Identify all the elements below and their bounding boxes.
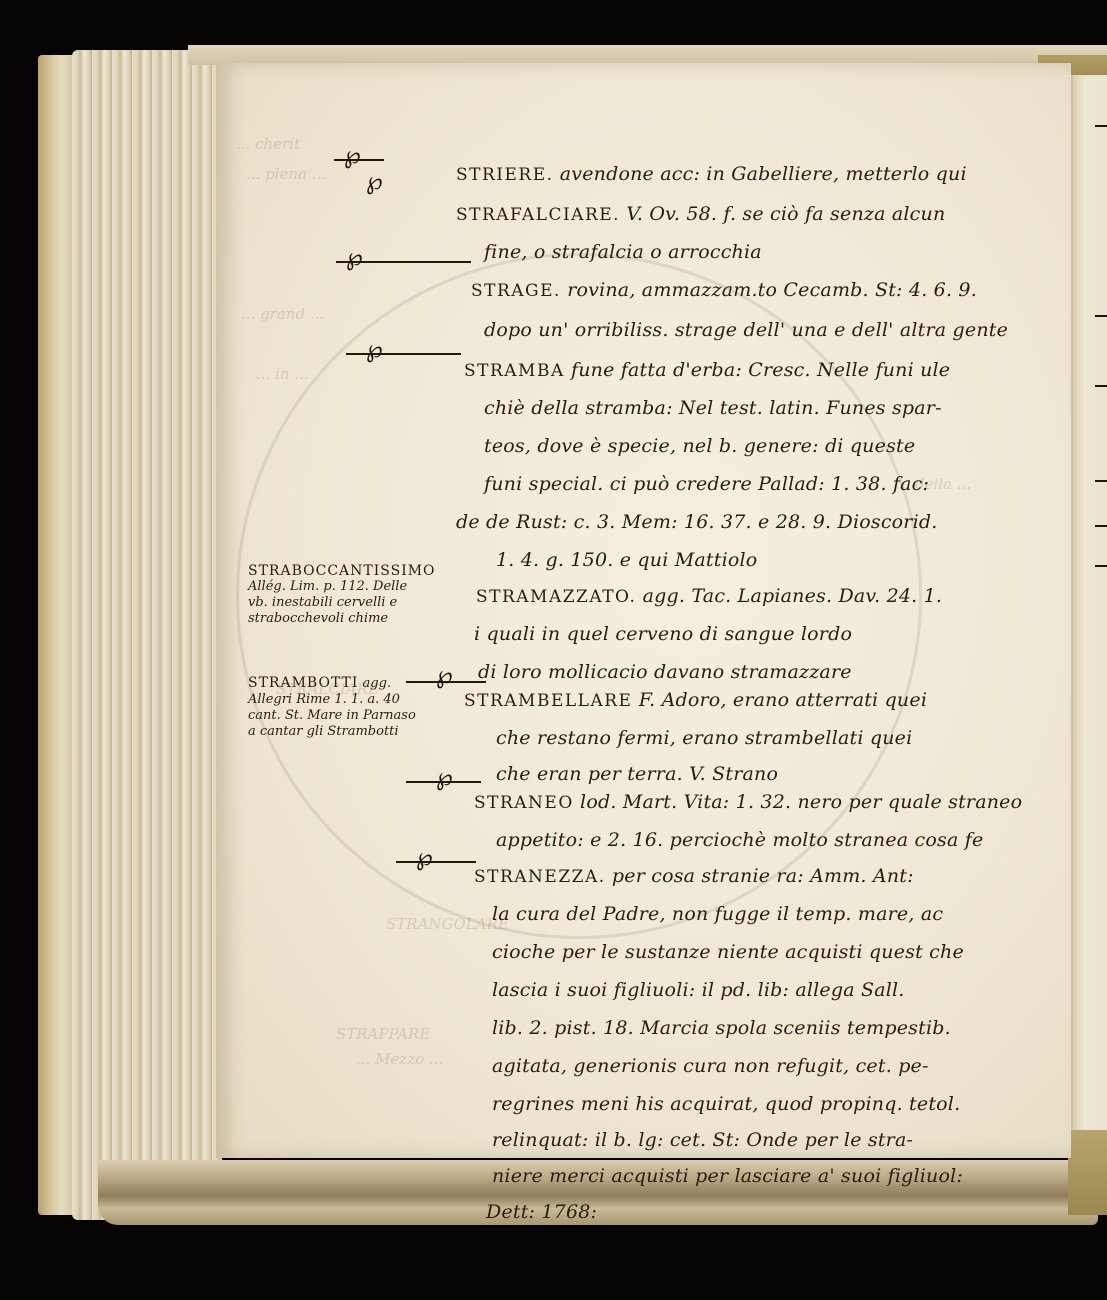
- entry-line: agitata, generionis cura non refugit, ce…: [492, 1055, 929, 1077]
- entry-line: STRAFALCIARE. V. Ov. 58. f. se ciò fa se…: [456, 203, 945, 225]
- facing-page-edge: [1071, 75, 1107, 1150]
- marginal-note: STRAMBOTTI agg. Allegri Rime 1. 1. a. 40…: [248, 675, 416, 740]
- entry-line: niere merci acquisti per lasciare a' suo…: [492, 1165, 963, 1187]
- facing-page-mark: [1095, 480, 1107, 482]
- entry-line: Dett: 1768:: [486, 1201, 597, 1223]
- gold-cover-corner-bottom: [1068, 1130, 1107, 1215]
- paragraph-mark-icon: ℘: [436, 661, 453, 689]
- entry-line: dopo un' orribiliss. strage dell' una e …: [484, 319, 1008, 341]
- entry-line: de de Rust: c. 3. Mem: 16. 37. e 28. 9. …: [456, 511, 937, 533]
- entry-rule: [396, 861, 476, 863]
- facing-page-mark: [1095, 315, 1107, 317]
- facing-page-mark: [1095, 385, 1107, 387]
- entry-line: che eran per terra. V. Strano: [496, 763, 778, 785]
- bleed-through-text: ... grand ...: [241, 303, 324, 325]
- entry-line: teos, dove è specie, nel b. genere: di q…: [484, 435, 915, 457]
- bleed-through-text: ... plena ...: [246, 163, 326, 185]
- entry-line: lascia i suoi figliuoli: il pd. lib: all…: [492, 979, 905, 1001]
- facing-page-mark: [1095, 125, 1107, 127]
- entry-line: STRAMBELLARE F. Adoro, erano atterrati q…: [464, 689, 927, 711]
- bleed-through-text: ... in ...: [256, 363, 309, 385]
- bleed-through-text: STRAPPARE: [336, 1023, 430, 1045]
- stacked-page-edges: [72, 50, 222, 1220]
- entry-line: regrines meni his acquirat, quod propinq…: [492, 1093, 960, 1115]
- entry-line: STRANEO lod. Mart. Vita: 1. 32. nero per…: [474, 791, 1022, 813]
- entry-line: relinquat: il b. lg: cet. St: Onde per l…: [492, 1129, 913, 1151]
- entry-line: funi special. ci può credere Pallad: 1. …: [484, 473, 929, 495]
- entry-line: appetito: e 2. 16. perciochè molto stran…: [496, 829, 983, 851]
- entry-line: di loro mollicacio davano stramazzare: [478, 661, 852, 683]
- entry-line: STRAMBA fune fatta d'erba: Cresc. Nelle …: [464, 359, 950, 381]
- entry-line: lib. 2. pist. 18. Marcia spola sceniis t…: [492, 1017, 951, 1039]
- entry-line: i quali in quel cerveno di sangue lordo: [474, 623, 852, 645]
- paragraph-mark-icon: ℘: [344, 141, 361, 169]
- bound-volume: ... cherit ... plena ... ... grand ... .…: [38, 45, 1107, 1225]
- entry-line: cioche per le sustanze niente acquisti q…: [492, 941, 964, 963]
- entry-line: la cura del Padre, non fugge il temp. ma…: [492, 903, 943, 925]
- entry-line: STRANEZZA. per cosa stranie ra: Amm. Ant…: [474, 865, 914, 887]
- bleed-through-text: STRANGOLARE: [386, 913, 509, 935]
- top-page-edge: [188, 45, 1107, 65]
- entry-line: STRIERE. avendone acc: in Gabelliere, me…: [456, 163, 967, 185]
- facing-page-mark: [1095, 565, 1107, 567]
- entry-line: fine, o strafalcia o arrocchia: [484, 241, 762, 263]
- entry-line: STRAGE. rovina, ammazzam.to Cecamb. St: …: [471, 279, 977, 301]
- entry-line: STRAMAZZATO. agg. Tac. Lapianes. Dav. 24…: [476, 585, 942, 607]
- paragraph-mark-icon: ℘: [366, 335, 383, 363]
- paragraph-mark-icon: ℘: [416, 843, 433, 871]
- bleed-through-text: ... Mezzo ...: [356, 1048, 443, 1070]
- paragraph-mark-icon: ℘: [346, 243, 363, 271]
- entry-line: che restano fermi, erano strambellati qu…: [496, 727, 912, 749]
- photograph-background: ... cherit ... plena ... ... grand ... .…: [0, 0, 1107, 1300]
- facing-page-mark: [1095, 525, 1107, 527]
- marginal-note: STRABOCCANTISSIMO Allég. Lim. p. 112. De…: [248, 563, 436, 627]
- entry-rule: [346, 353, 461, 355]
- paragraph-mark-icon: ℘: [436, 763, 453, 791]
- manuscript-page: ... cherit ... plena ... ... grand ... .…: [216, 63, 1071, 1158]
- entry-line: 1. 4. g. 150. e qui Mattiolo: [496, 549, 757, 571]
- bleed-through-text: ... cherit: [236, 133, 300, 155]
- entry-line: chiè della stramba: Nel test. latin. Fun…: [484, 397, 942, 419]
- paragraph-mark-icon: ℘: [366, 167, 383, 195]
